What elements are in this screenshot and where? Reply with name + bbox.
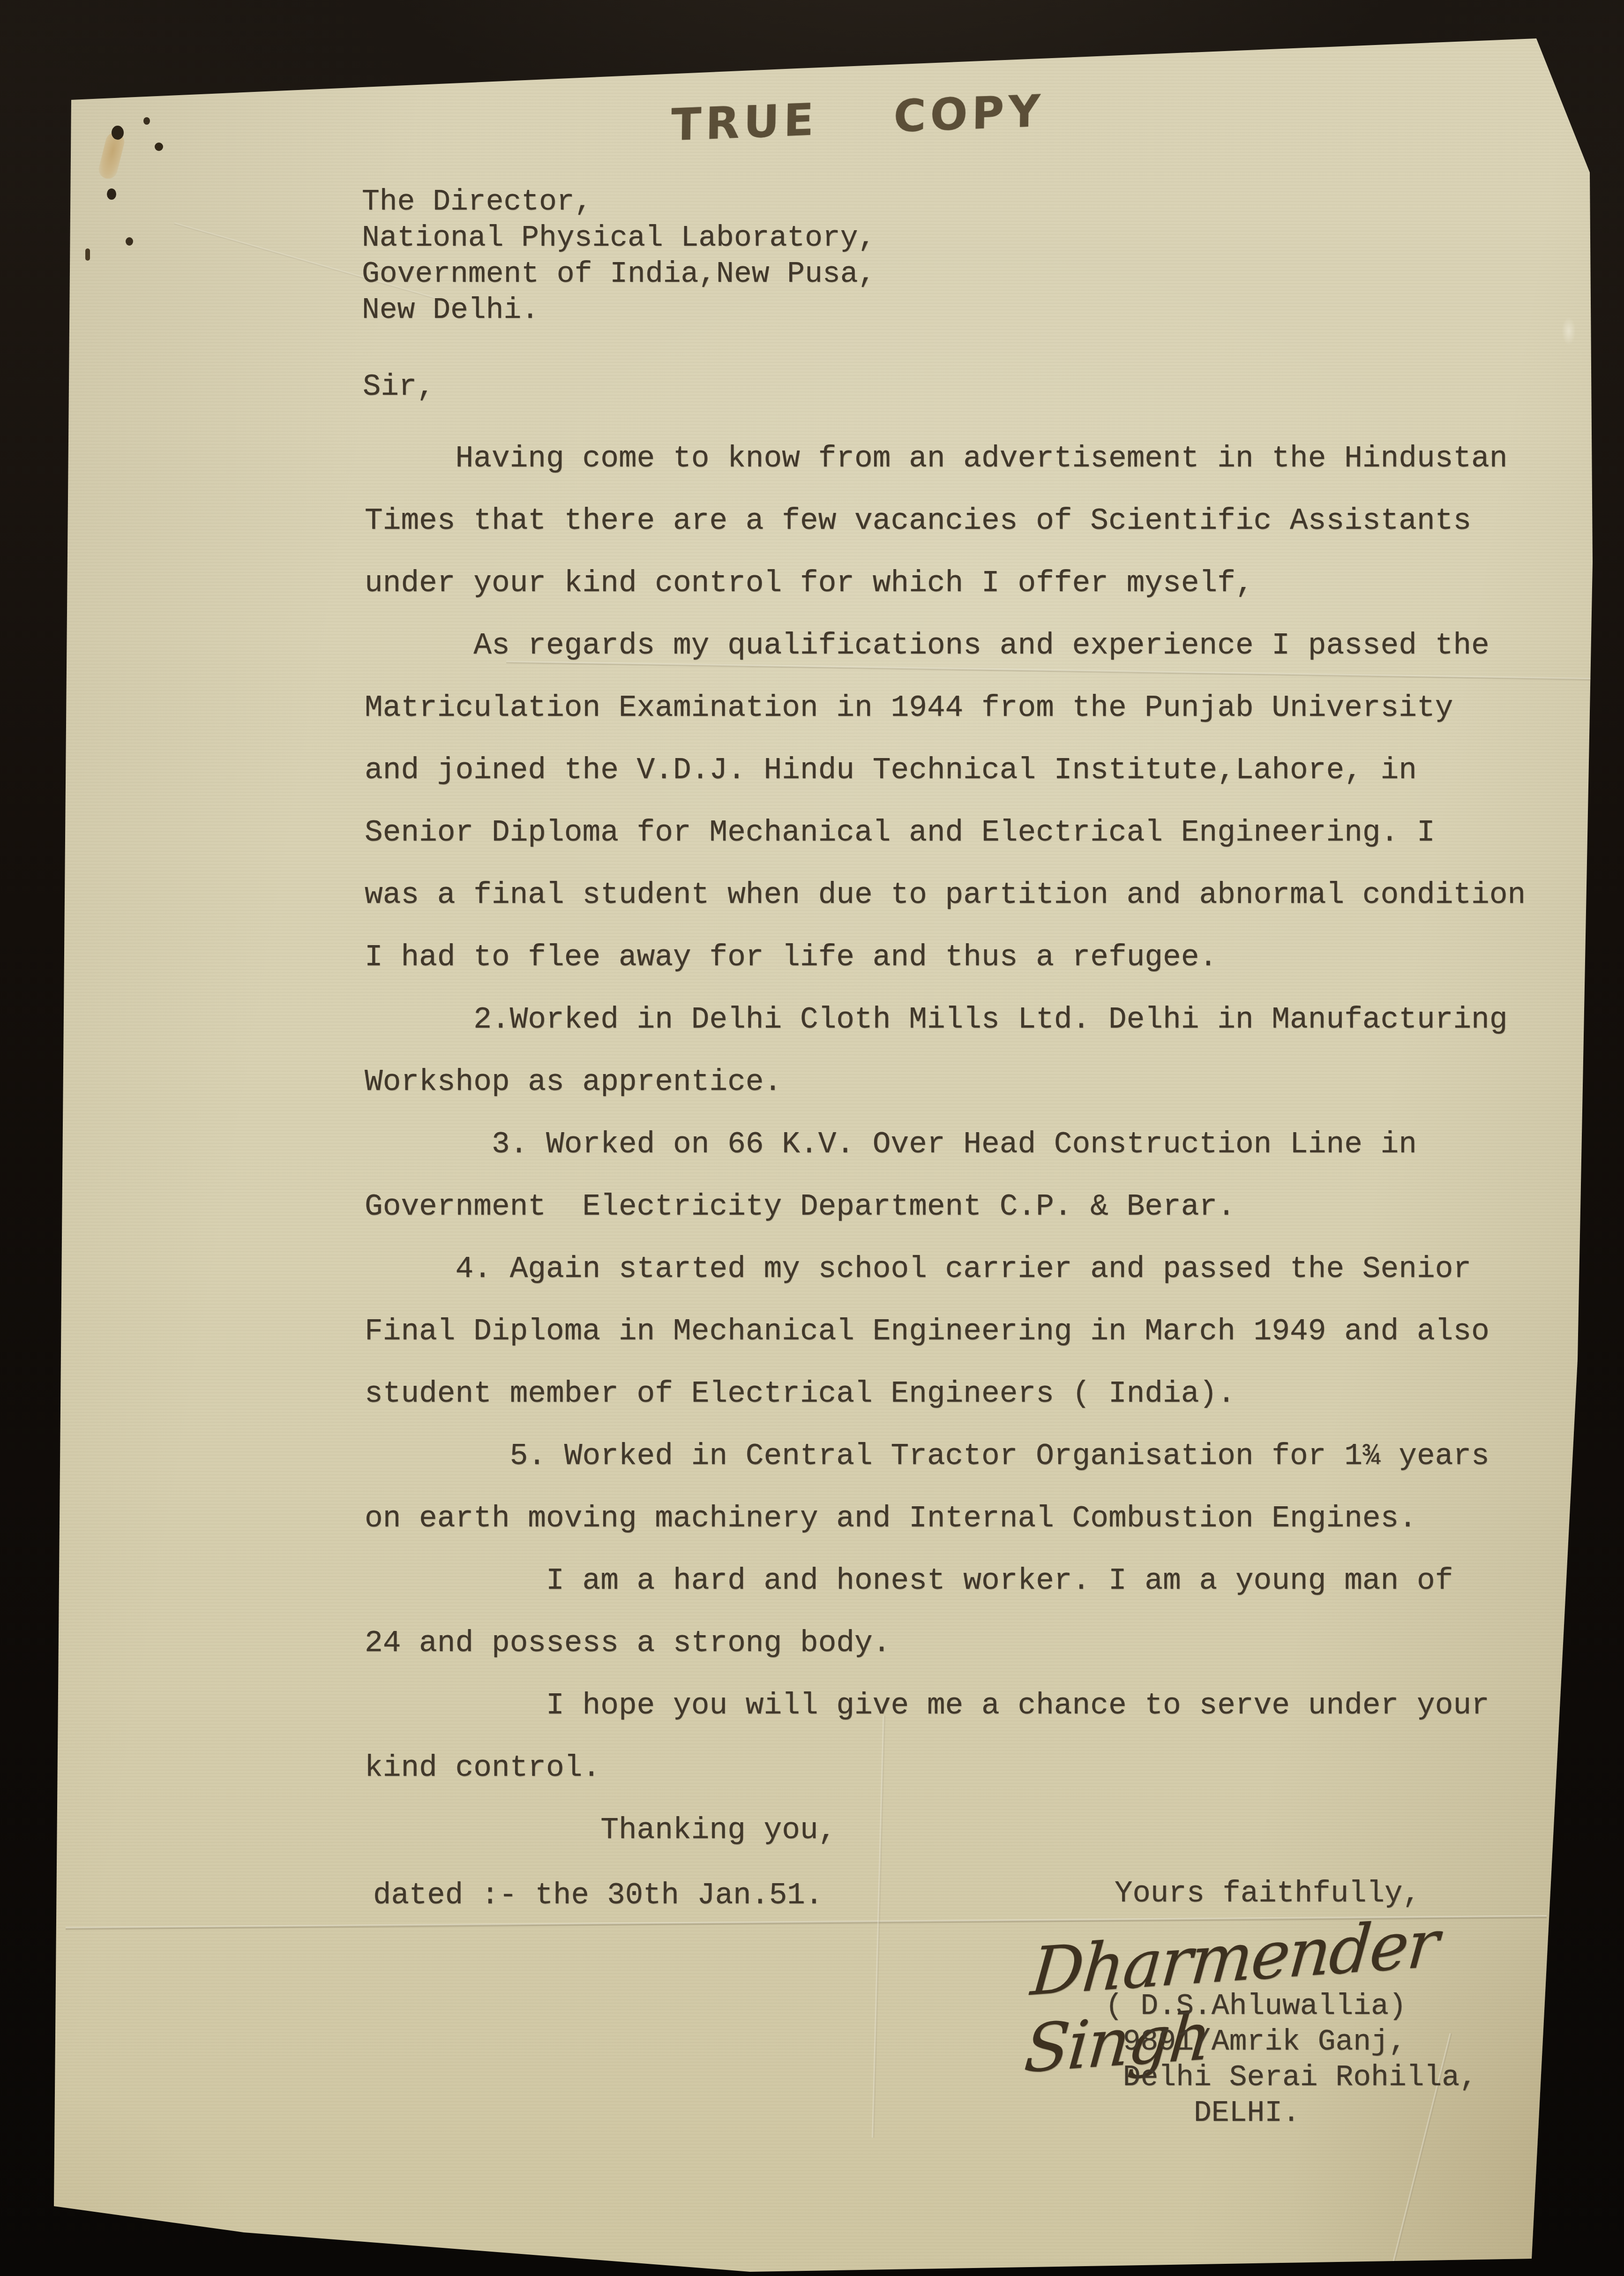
scan-background: TRUE COPY The Director,National Physical… (0, 0, 1624, 2276)
staple-hole (107, 188, 116, 200)
valediction: Yours faithfully, (1115, 1877, 1421, 1911)
recipient-address: The Director,National Physical Laborator… (362, 184, 876, 328)
body-line: and joined the V.D.J. Hindu Technical In… (365, 739, 1526, 802)
body-line: Times that there are a few vacancies of … (365, 490, 1526, 552)
body-line: 2.Worked in Delhi Cloth Mills Ltd. Delhi… (365, 989, 1526, 1051)
body-line: Having come to know from an advertisemen… (365, 428, 1526, 490)
body-line: kind control. (365, 1737, 1526, 1799)
address-line: The Director, (362, 184, 876, 220)
staple-hole (155, 143, 163, 151)
staple-hole (112, 126, 124, 140)
sender-address-line: 9891/Amrik Ganj, (1105, 2024, 1477, 2060)
address-line: Government of India,New Pusa, (362, 256, 876, 292)
sender-address-line: ( D.S.Ahluwallia) (1105, 1989, 1477, 2024)
body-line: Senior Diploma for Mechanical and Electr… (365, 802, 1526, 864)
sender-address-line: DELHI. (1105, 2096, 1477, 2131)
body-line: student member of Electrical Engineers (… (365, 1363, 1526, 1425)
address-line: National Physical Laboratory, (362, 220, 876, 256)
paper-nick (85, 248, 90, 261)
body-line: 5. Worked in Central Tractor Organisatio… (365, 1425, 1526, 1487)
true-copy-annotation: TRUE COPY (671, 86, 1045, 151)
rust-stain (97, 131, 126, 181)
body-line: I am a hard and honest worker. I am a yo… (365, 1550, 1526, 1612)
body-line: 3. Worked on 66 K.V. Over Head Construct… (365, 1113, 1526, 1176)
body-line: Matriculation Examination in 1944 from t… (365, 677, 1526, 739)
body-line: on earth moving machinery and Internal C… (365, 1487, 1526, 1550)
letter-body: Having come to know from an advertisemen… (365, 428, 1526, 1862)
staple-hole (126, 237, 133, 246)
body-line: 24 and possess a strong body. (365, 1612, 1526, 1675)
body-line: Government Electricity Department C.P. &… (365, 1176, 1526, 1238)
body-line: Thanking you, (365, 1799, 1526, 1862)
sender-address-line: Delhi Serai Rohilla, (1105, 2060, 1477, 2096)
body-line: I hope you will give me a chance to serv… (365, 1675, 1526, 1737)
sender-address-block: ( D.S.Ahluwallia) 9891/Amrik Ganj, Delhi… (1105, 1989, 1477, 2131)
edge-nick (1562, 317, 1576, 345)
rust-dot (28, 300, 35, 307)
salutation: Sir, (363, 370, 435, 404)
staple-hole (143, 117, 150, 125)
body-line: under your kind control for which I offe… (365, 552, 1526, 615)
date-line: dated :- the 30th Jan.51. (373, 1879, 823, 1913)
body-line: Final Diploma in Mechanical Engineering … (365, 1300, 1526, 1363)
body-line: Workshop as apprentice. (365, 1051, 1526, 1113)
body-line: 4. Again started my school carrier and p… (365, 1238, 1526, 1300)
body-line: I had to flee away for life and thus a r… (365, 926, 1526, 989)
letter-paper: TRUE COPY The Director,National Physical… (0, 0, 1624, 2276)
address-line: New Delhi. (362, 292, 876, 328)
body-line: was a final student when due to partitio… (365, 864, 1526, 926)
body-line: As regards my qualifications and experie… (365, 615, 1526, 677)
